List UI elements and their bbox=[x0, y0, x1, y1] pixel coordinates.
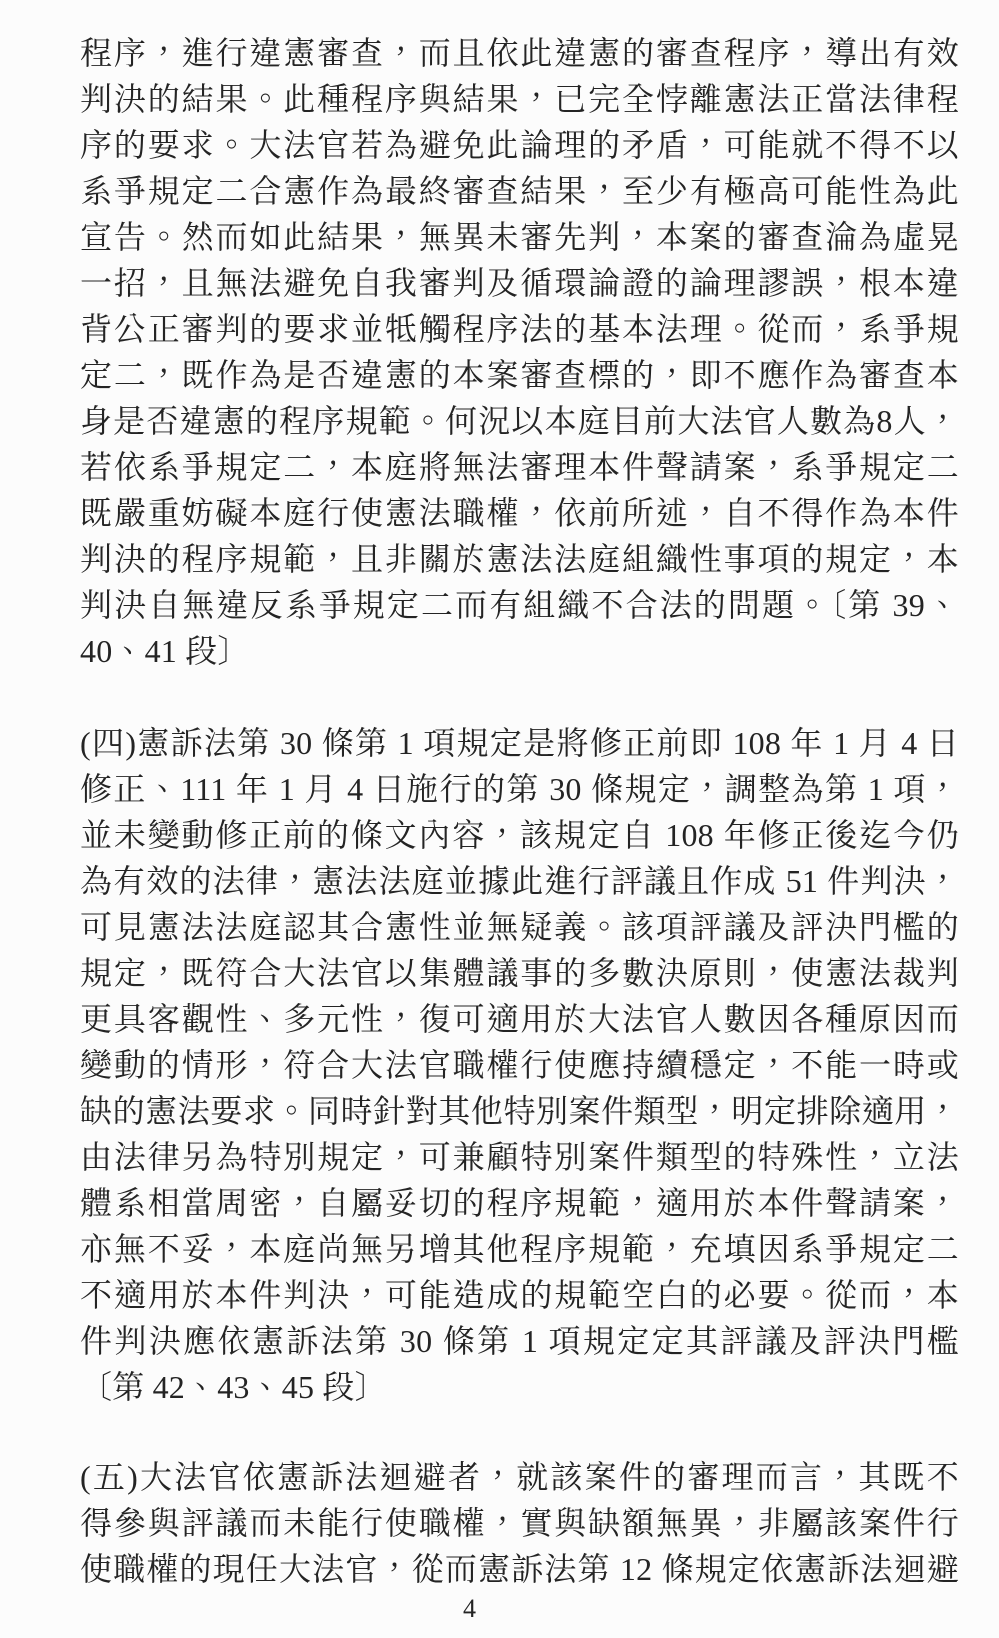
text-line: 變動的情形，符合大法官職權行使應持續穩定，不能一時或 bbox=[80, 1042, 959, 1088]
text-line: 判決的結果。此種程序與結果，已完全悖離憲法正當法律程 bbox=[80, 76, 959, 122]
text-line: (四)憲訴法第 30 條第 1 項規定是將修正前即 108 年 1 月 4 日 bbox=[80, 720, 959, 766]
paragraph-item-4: (四)憲訴法第 30 條第 1 項規定是將修正前即 108 年 1 月 4 日 … bbox=[80, 720, 959, 1410]
text-line: 背公正審判的要求並牴觸程序法的基本法理。從而，系爭規 bbox=[80, 306, 959, 352]
text-line: 修正、111 年 1 月 4 日施行的第 30 條規定，調整為第 1 項， bbox=[80, 766, 959, 812]
text-line: 亦無不妥，本庭尚無另增其他程序規範，充填因系爭規定二 bbox=[80, 1226, 959, 1272]
paragraph-item-5: (五)大法官依憲訴法迴避者，就該案件的審理而言，其既不 得參與評議而未能行使職權… bbox=[80, 1454, 959, 1592]
text-line: 判決的程序規範，且非關於憲法法庭組織性事項的規定，本 bbox=[80, 536, 959, 582]
text-line: (五)大法官依憲訴法迴避者，就該案件的審理而言，其既不 bbox=[80, 1454, 959, 1500]
text-line: 身是否違憲的程序規範。何況以本庭目前大法官人數為8人， bbox=[80, 398, 959, 444]
text-line: 序的要求。大法官若為避免此論理的矛盾，可能就不得不以 bbox=[80, 122, 959, 168]
text-line: 不適用於本件判決，可能造成的規範空白的必要。從而，本 bbox=[80, 1272, 959, 1318]
text-line: 由法律另為特別規定，可兼顧特別案件類型的特殊性，立法 bbox=[80, 1134, 959, 1180]
text-line: 40、41 段〕 bbox=[80, 628, 959, 674]
text-line: 規定，既符合大法官以集體議事的多數決原則，使憲法裁判 bbox=[80, 950, 959, 996]
text-line: 若依系爭規定二，本庭將無法審理本件聲請案，系爭規定二 bbox=[80, 444, 959, 490]
text-line: 既嚴重妨礙本庭行使憲法職權，依前所述，自不得作為本件 bbox=[80, 490, 959, 536]
text-line: 更具客觀性、多元性，復可適用於大法官人數因各種原因而 bbox=[80, 996, 959, 1042]
text-line: 件判決應依憲訴法第 30 條第 1 項規定定其評議及評決門檻 bbox=[80, 1318, 959, 1364]
paragraph-continuation: 程序，進行違憲審查，而且依此違憲的審查程序，導出有效 判決的結果。此種程序與結果… bbox=[80, 30, 959, 674]
text-line: 可見憲法法庭認其合憲性並無疑義。該項評議及評決門檻的 bbox=[80, 904, 959, 950]
document-page: 程序，進行違憲審查，而且依此違憲的審查程序，導出有效 判決的結果。此種程序與結果… bbox=[0, 0, 999, 1638]
text-line: 為有效的法律，憲法法庭並據此進行評議且作成 51 件判決， bbox=[80, 858, 959, 904]
text-line: 一招，且無法避免自我審判及循環論證的論理謬誤，根本違 bbox=[80, 260, 959, 306]
text-line: 判決自無違反系爭規定二而有組織不合法的問題。〔第 39、 bbox=[80, 582, 959, 628]
text-line: 定二，既作為是否違憲的本案審查標的，即不應作為審查本 bbox=[80, 352, 959, 398]
text-line: 使職權的現任大法官，從而憲訴法第 12 條規定依憲訴法迴避 bbox=[80, 1546, 959, 1592]
page-number: 4 bbox=[30, 1594, 909, 1624]
text-line: 系爭規定二合憲作為最終審查結果，至少有極高可能性為此 bbox=[80, 168, 959, 214]
text-line: 缺的憲法要求。同時針對其他特別案件類型，明定排除適用， bbox=[80, 1088, 959, 1134]
text-line: 並未變動修正前的條文內容，該規定自 108 年修正後迄今仍 bbox=[80, 812, 959, 858]
text-line: 體系相當周密，自屬妥切的程序規範，適用於本件聲請案， bbox=[80, 1180, 959, 1226]
text-line: 程序，進行違憲審查，而且依此違憲的審查程序，導出有效 bbox=[80, 30, 959, 76]
text-line: 〔第 42、43、45 段〕 bbox=[80, 1364, 959, 1410]
text-line: 宣告。然而如此結果，無異未審先判，本案的審查淪為虛晃 bbox=[80, 214, 959, 260]
text-line: 得參與評議而未能行使職權，實與缺額無異，非屬該案件行 bbox=[80, 1500, 959, 1546]
